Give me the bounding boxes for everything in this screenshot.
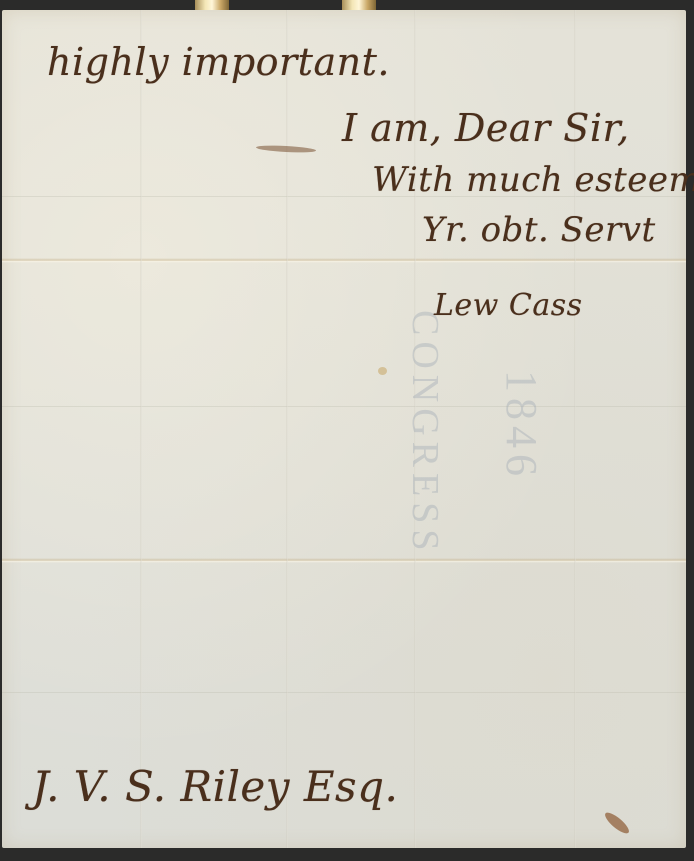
closing-phrase: highly important. — [47, 40, 390, 84]
salutation-line-3: Yr. obt. Servt — [422, 210, 656, 250]
crease-line — [2, 406, 686, 407]
watermark-year: 1846 — [496, 370, 547, 482]
fold-line — [2, 558, 686, 563]
signature: Lew Cass — [434, 288, 583, 323]
fold-line — [2, 258, 686, 263]
ink-stain — [602, 810, 631, 837]
salutation-line-1: I am, Dear Sir, — [342, 106, 630, 150]
vertical-fold — [286, 10, 288, 848]
vertical-fold — [140, 10, 142, 848]
watermark-text: CONGRESS — [403, 310, 447, 557]
letter-page: 1846 CONGRESS highly important. I am, De… — [2, 10, 686, 848]
salutation-line-2: With much esteem — [372, 160, 694, 200]
crease-line — [2, 692, 686, 693]
addressee: J. V. S. Riley Esq. — [32, 762, 398, 811]
foxing-spot — [378, 367, 387, 375]
